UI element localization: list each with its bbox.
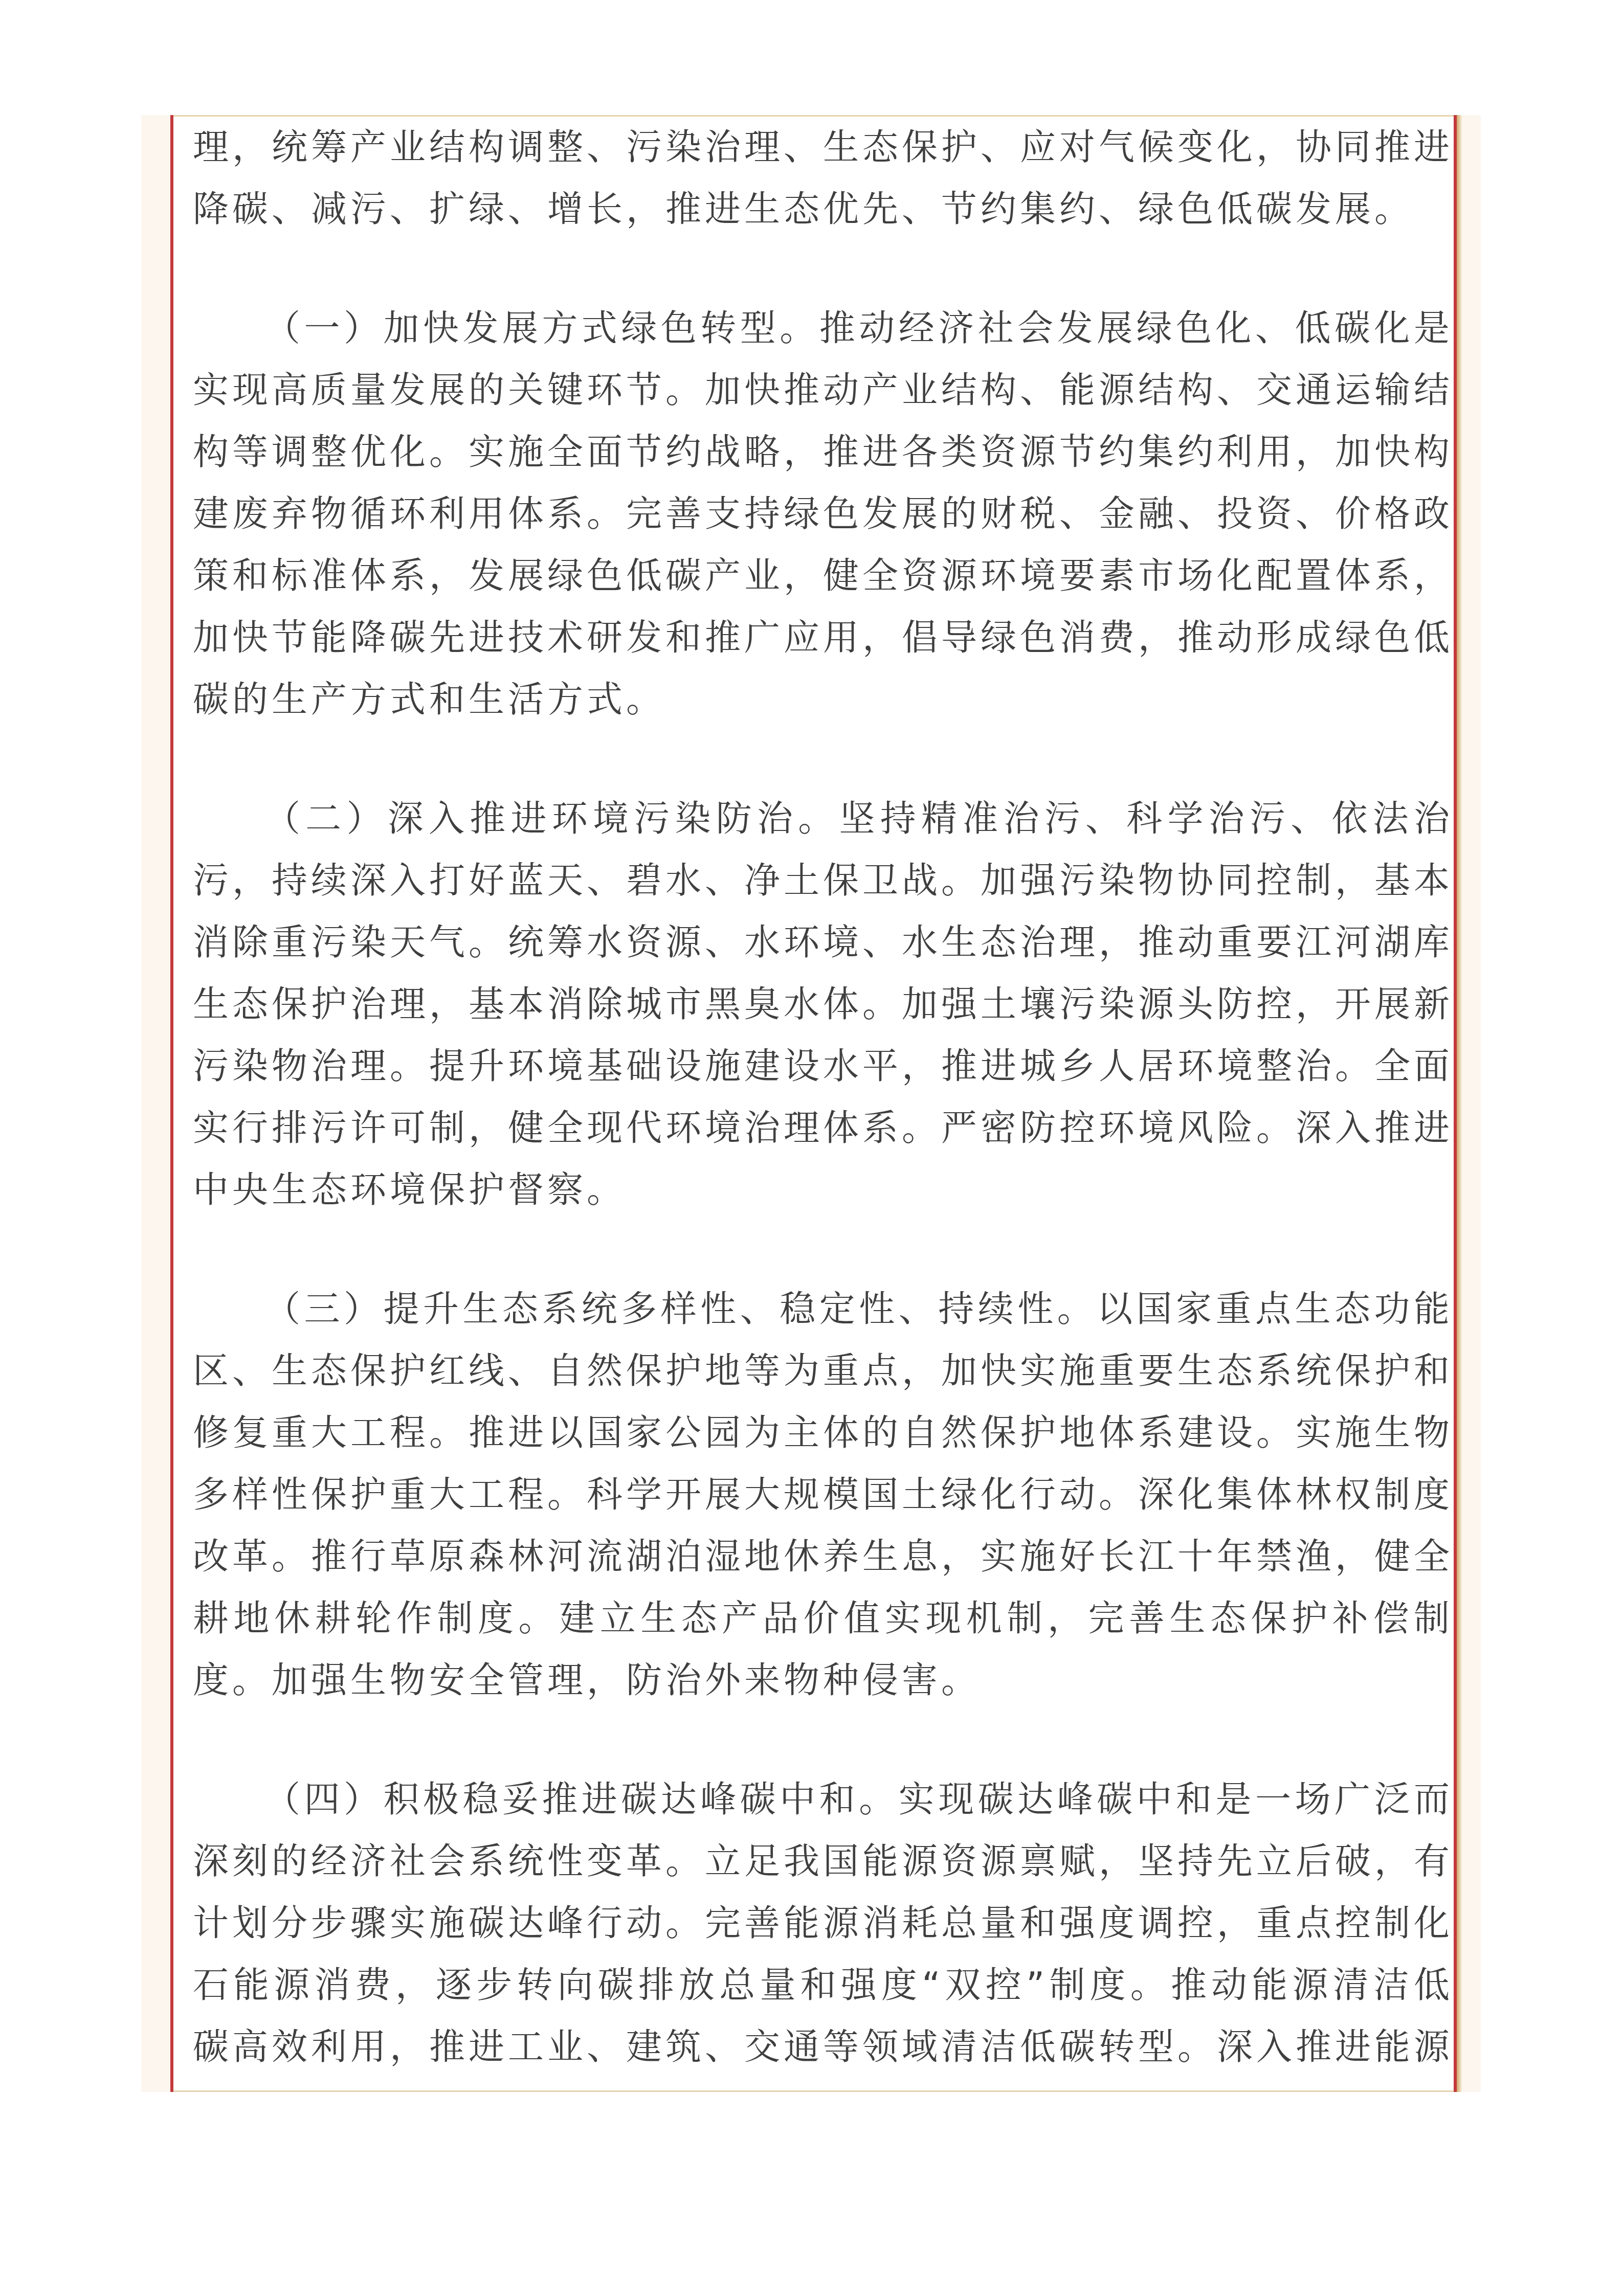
intro-paragraph: 理，统筹产业结构调整、污染治理、生态保护、应对气候变化，协同推进降碳、减污、扩绿…: [193, 117, 1453, 240]
right-gold-strip: [1457, 115, 1462, 2092]
article-card: 理，统筹产业结构调整、污染治理、生态保护、应对气候变化，协同推进降碳、减污、扩绿…: [141, 115, 1481, 2092]
document-page: 理，统筹产业结构调整、污染治理、生态保护、应对气候变化，协同推进降碳、减污、扩绿…: [0, 0, 1624, 2296]
paragraph-3: （三）提升生态系统多样性、稳定性、持续性。以国家重点生态功能区、生态保护红线、自…: [193, 1278, 1453, 1712]
paragraph-1: （一）加快发展方式绿色转型。推动经济社会发展绿色化、低碳化是实现高质量发展的关键…: [193, 298, 1453, 731]
paragraph-4-truncated: （四）积极稳妥推进碳达峰碳中和。实现碳达峰碳中和是一场广泛而深刻的经济社会系统性…: [193, 1769, 1453, 2092]
paragraph-2: （二）深入推进环境污染防治。坚持精准治污、科学治污、依法治污，持续深入打好蓝天、…: [193, 788, 1453, 1221]
right-cream-band: [1462, 115, 1481, 2092]
left-cream-band: [141, 115, 170, 2092]
article-body: 理，统筹产业结构调整、污染治理、生态保护、应对气候变化，协同推进降碳、减污、扩绿…: [193, 117, 1453, 2092]
article-panel: 理，统筹产业结构调整、污染治理、生态保护、应对气候变化，协同推进降碳、减污、扩绿…: [173, 115, 1454, 2092]
